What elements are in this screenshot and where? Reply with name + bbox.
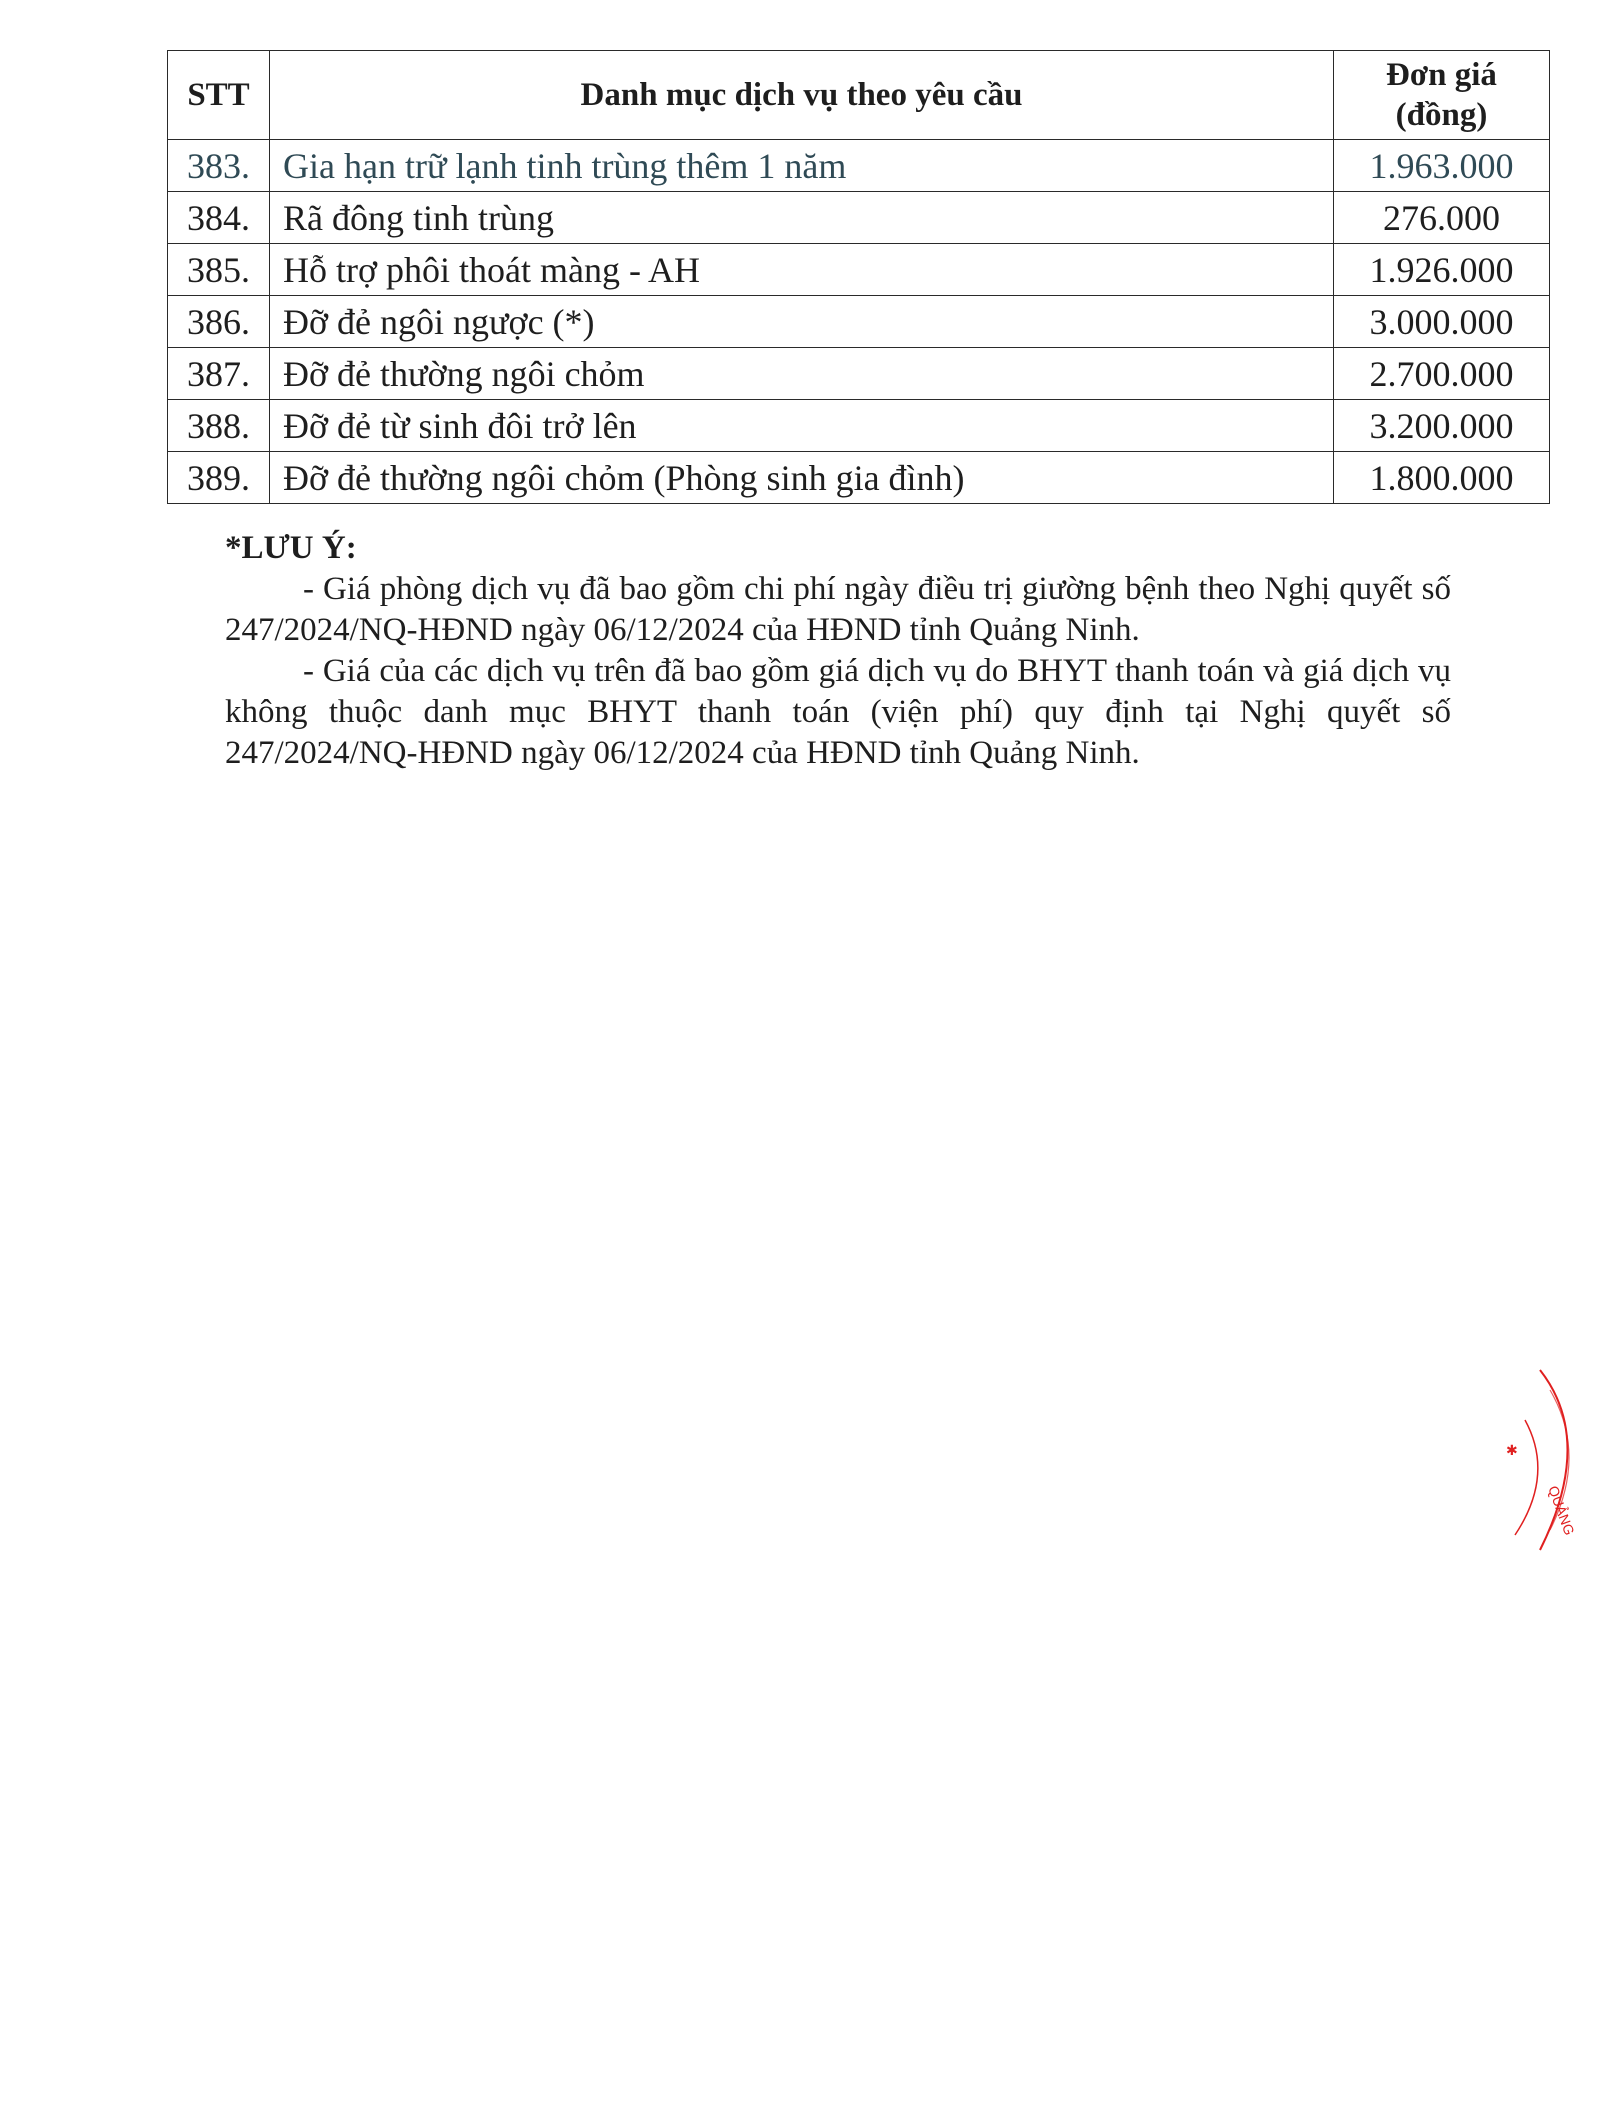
table-row: 387.Đỡ đẻ thường ngôi chỏm2.700.000 <box>168 348 1550 400</box>
row-stt: 387. <box>168 348 270 400</box>
row-unit-price: 1.800.000 <box>1334 452 1550 504</box>
notes-section: *LƯU Ý: - Giá phòng dịch vụ đã bao gồm c… <box>225 528 1451 774</box>
header-price-line2: (đồng) <box>1396 97 1488 133</box>
table-row: 386.Đỡ đẻ ngôi ngược (*)3.000.000 <box>168 296 1550 348</box>
header-service-name: Danh mục dịch vụ theo yêu cầu <box>270 51 1334 140</box>
note-item: - Giá phòng dịch vụ đã bao gồm chi phí n… <box>225 569 1451 651</box>
header-unit-price: Đơn giá (đồng) <box>1334 51 1550 140</box>
note-item: - Giá của các dịch vụ trên đã bao gồm gi… <box>225 651 1451 774</box>
table-row: 383.Gia hạn trữ lạnh tinh trùng thêm 1 n… <box>168 140 1550 192</box>
row-unit-price: 1.963.000 <box>1334 140 1550 192</box>
header-stt: STT <box>168 51 270 140</box>
row-unit-price: 3.200.000 <box>1334 400 1550 452</box>
row-service-name: Gia hạn trữ lạnh tinh trùng thêm 1 năm <box>270 140 1334 192</box>
table-row: 385.Hỗ trợ phôi thoát màng - AH1.926.000 <box>168 244 1550 296</box>
row-unit-price: 276.000 <box>1334 192 1550 244</box>
row-service-name: Rã đông tinh trùng <box>270 192 1334 244</box>
row-stt: 384. <box>168 192 270 244</box>
row-unit-price: 3.000.000 <box>1334 296 1550 348</box>
row-service-name: Đỡ đẻ từ sinh đôi trở lên <box>270 400 1334 452</box>
price-table: STT Danh mục dịch vụ theo yêu cầu Đơn gi… <box>167 50 1550 504</box>
row-service-name: Đỡ đẻ thường ngôi chỏm <box>270 348 1334 400</box>
table-row: 388.Đỡ đẻ từ sinh đôi trở lên3.200.000 <box>168 400 1550 452</box>
row-unit-price: 2.700.000 <box>1334 348 1550 400</box>
row-service-name: Đỡ đẻ ngôi ngược (*) <box>270 296 1334 348</box>
table-row: 384.Rã đông tinh trùng276.000 <box>168 192 1550 244</box>
row-stt: 386. <box>168 296 270 348</box>
row-stt: 383. <box>168 140 270 192</box>
row-stt: 389. <box>168 452 270 504</box>
row-stt: 388. <box>168 400 270 452</box>
table-row: 389.Đỡ đẻ thường ngôi chỏm (Phòng sinh g… <box>168 452 1550 504</box>
header-price-line1: Đơn giá <box>1386 57 1497 93</box>
row-service-name: Đỡ đẻ thường ngôi chỏm (Phòng sinh gia đ… <box>270 452 1334 504</box>
row-unit-price: 1.926.000 <box>1334 244 1550 296</box>
row-stt: 385. <box>168 244 270 296</box>
red-seal-stamp-partial: QUẢNG ✱ <box>1470 1360 1590 1560</box>
svg-text:✱: ✱ <box>1506 1442 1518 1458</box>
row-service-name: Hỗ trợ phôi thoát màng - AH <box>270 244 1334 296</box>
notes-title: *LƯU Ý: <box>225 528 1451 569</box>
table-header-row: STT Danh mục dịch vụ theo yêu cầu Đơn gi… <box>168 51 1550 140</box>
